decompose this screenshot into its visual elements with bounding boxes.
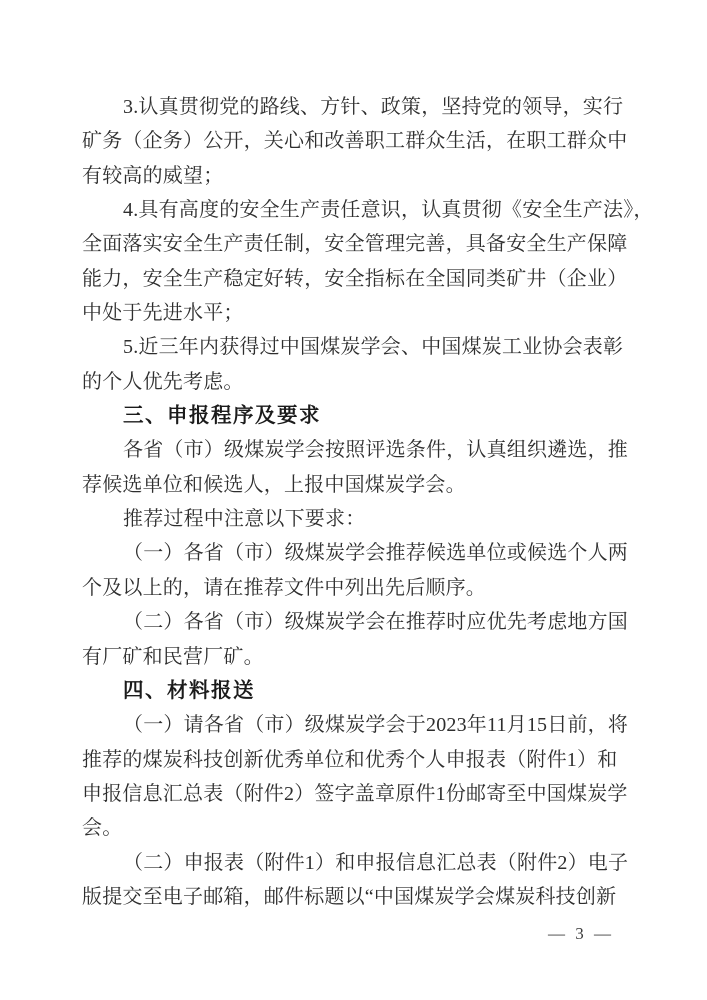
text-line: （一）各省（市）级煤炭学会推荐候选单位或候选个人两 — [82, 536, 630, 570]
text-line: 有较高的威望； — [82, 159, 630, 193]
text-line: 个及以上的，请在推荐文件中列出先后顺序。 — [82, 571, 630, 605]
text-line: （二）申报表（附件1）和申报信息汇总表（附件2）电子 — [82, 846, 630, 880]
text-line: 5.近三年内获得过中国煤炭学会、中国煤炭工业协会表彰 — [82, 330, 630, 364]
text-line: 推荐的煤炭科技创新优秀单位和优秀个人申报表（附件1）和 — [82, 743, 630, 777]
section-heading: 四、材料报送 — [82, 674, 630, 708]
text-line: 申报信息汇总表（附件2）签字盖章原件1份邮寄至中国煤炭学 — [82, 777, 630, 811]
text-line: 有厂矿和民营厂矿。 — [82, 640, 630, 674]
document-page: 3.认真贯彻党的路线、方针、政策，坚持党的领导，实行矿务（企务）公开，关心和改善… — [0, 0, 707, 1000]
text-line: 会。 — [82, 811, 630, 845]
text-line: 推荐过程中注意以下要求： — [82, 502, 630, 536]
text-line: 版提交至电子邮箱，邮件标题以“中国煤炭学会煤炭科技创新 — [82, 880, 630, 914]
text-line: 全面落实安全生产责任制，安全管理完善，具备安全生产保障 — [82, 227, 630, 261]
text-line: （二）各省（市）级煤炭学会在推荐时应优先考虑地方国 — [82, 605, 630, 639]
text-line: 各省（市）级煤炭学会按照评选条件，认真组织遴选，推 — [82, 433, 630, 467]
page-number: — 3 — — [548, 924, 614, 944]
text-line: 荐候选单位和候选人，上报中国煤炭学会。 — [82, 468, 630, 502]
text-line: 的个人优先考虑。 — [82, 365, 630, 399]
text-line: 4.具有高度的安全生产责任意识，认真贯彻《安全生产法》， — [82, 193, 630, 227]
text-line: 矿务（企务）公开，关心和改善职工群众生活，在职工群众中 — [82, 124, 630, 158]
text-line: 3.认真贯彻党的路线、方针、政策，坚持党的领导，实行 — [82, 90, 630, 124]
text-line: 中处于先进水平； — [82, 296, 630, 330]
text-line: 能力，安全生产稳定好转，安全指标在全国同类矿井（企业） — [82, 262, 630, 296]
document-body: 3.认真贯彻党的路线、方针、政策，坚持党的领导，实行矿务（企务）公开，关心和改善… — [82, 90, 630, 914]
text-line: （一）请各省（市）级煤炭学会于2023年11月15日前，将 — [82, 708, 630, 742]
section-heading: 三、申报程序及要求 — [82, 399, 630, 433]
